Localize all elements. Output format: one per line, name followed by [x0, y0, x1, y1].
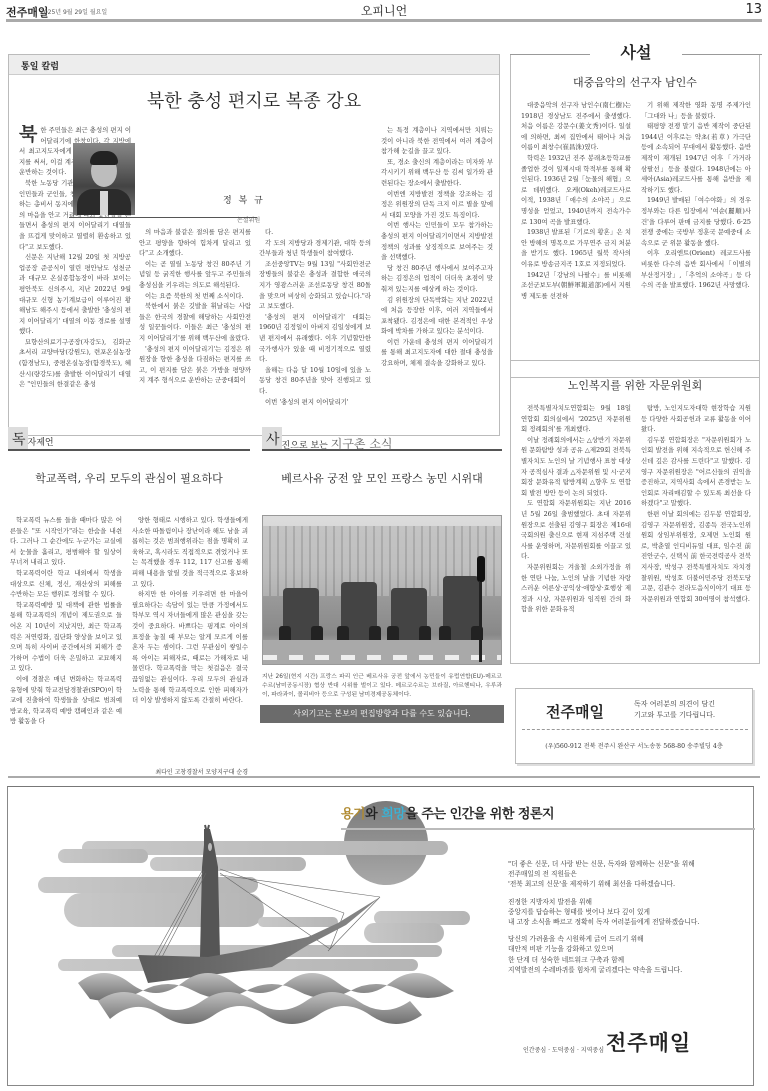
- slogan-underline: [341, 828, 755, 830]
- pledge-block: 진정한 지방자치 발전을 위해 중앙지를 답습하는 형태를 벗어나 보다 깊이 …: [508, 897, 699, 928]
- paragraph: 김 위원장의 단독박화는 지난 2022년에 처음 등장한 이후, 여러 지역들…: [381, 295, 493, 337]
- editorial-headline: 대중음악의 선구자 남인수: [511, 74, 759, 90]
- section-title: 오피니언: [6, 2, 762, 19]
- paragraph: 김두봉 연합회장은 "자문위원회가 노인회 발전을 위해 지속적으로 헌신해 주…: [641, 435, 751, 509]
- paragraph: 이런 가운데 충성의 편지 이어달리기를 통해 최고지도자에 대한 절대 충성을…: [381, 337, 493, 369]
- paragraph: 1949년 발매된「여수야화」의 경우 정부와는 다른 입장에서 '여순(麗順)…: [641, 195, 751, 248]
- pledge-line: '전북 최고의 신문'을 제작하기 위해 최선을 다하겠습니다.: [508, 879, 699, 889]
- reader-byline: 최다인 고창경찰서 모양지구대 순경: [155, 767, 248, 776]
- section-cap: 사: [262, 427, 282, 449]
- slogan-gold-word: 용기: [341, 807, 365, 822]
- paragraph: 북한에서 붉은 깃발을 휘날리는 사람들은 한국의 경찰에 해당하는 사회안전성…: [139, 301, 251, 343]
- reader-opinion: 독자제언 학교폭력, 우리 모두의 관심이 필요하다 학교폭력 뉴스를 들을 때…: [8, 427, 250, 779]
- pledge-line: 당신의 가려움을 속 시원하게 긁어 드리기 위해: [508, 934, 699, 944]
- photo-divider: [69, 217, 257, 218]
- paragraph: 전북특별자치도연합회는 9월 18일 연합회 회의실에서 '2025년 자문위원…: [521, 403, 631, 435]
- welfare-article: 노인복지를 위한 자문위원회 전북특별자치도연합회는 9월 18일 연합회 회의…: [510, 360, 760, 664]
- masthead: 전주매일 2025년 9월 29일 월요일 오피니언 13: [6, 0, 762, 22]
- slogan-cyan-word: 희망: [381, 807, 405, 822]
- editorial-text-col2: 기 위해 제작한 영화 동명 주제가인「그대와 나」등을 불렀다. 태평양 전쟁…: [641, 100, 751, 370]
- pledge-line: "더 좋은 신문, 더 사랑 받는 신문, 독자와 함께하는 신문"을 위해: [508, 859, 699, 869]
- column-text-col4: 는 특정 계층이나 지역에서만 치뤄는 것이 아니라 북한 전역에서 여러 계층…: [381, 125, 493, 430]
- message-line: 기고와 투고를 기다립니다.: [634, 710, 715, 721]
- page-number: 13: [745, 2, 762, 17]
- paragraph: '충성의 편지 이어달리기'는 김정은 위원장을 향한 충성을 다짐하는 편지를…: [139, 344, 251, 386]
- welfare-text-col1: 전북특별자치도연합회는 9월 18일 연합회 회의실에서 '2025년 자문위원…: [521, 403, 631, 659]
- dashed-divider: [522, 729, 748, 730]
- paragraph: 또, 경소 출신의 계층이라는 미자와 부각시키기 위해 백두산 등 김씨 일가…: [381, 157, 493, 189]
- paragraph: 탐방, 노인지도자대학 현장학습 지원 등 다양한 사회공헌과 교류 활동을 이…: [641, 403, 751, 435]
- photo-section-header: 사진으로 보는 지구촌 소식: [262, 427, 502, 451]
- photo-caption: 지난 26일(현지 시간) 프랑스 파리 인근 베르사유 궁전 앞에서 농민들이…: [262, 673, 502, 700]
- paragraph: 의 마음과 불같은 절의를 담은 편지를 안고 평양을 향하여 힘차게 달리고 …: [139, 227, 251, 259]
- section-small: 진으로 보는: [282, 441, 328, 451]
- paragraph: 기 위해 제작한 영화 동명 주제가인「그대와 나」등을 불렀다.: [641, 100, 751, 121]
- pledge-line: 대안적 비판 기능을 강화하고 있으며: [508, 944, 699, 954]
- paragraph: 학교폭력 뉴스를 들을 때마다 많은 어른들은 "또 시작인가"라는 한숨을 내…: [10, 515, 122, 568]
- paragraph: 태평양 전쟁 말기 음반 제작이 중단된 1944년 이후로는 약초(若草) 가…: [641, 121, 751, 195]
- paragraph: 묘향산의료기구공장(자강도), 김화군 초서리 교양마당(강원도), 련포온실농…: [19, 337, 131, 390]
- paragraph: 신문은 지난해 12월 20일 첫 지방공업공장 준공식이 열린 평안남도 성천…: [19, 252, 131, 337]
- paragraph: 자문위원회는 겨울철 소외가정을 위한 연탄 나눔, 노인의 날을 기념한 자랑…: [521, 562, 631, 615]
- editorial-title-row: 사설: [510, 46, 762, 62]
- paragraph: 하지만 한 아이를 키우려면 한 마을이 필요하다는 속담이 있는 만큼 가정에…: [132, 589, 248, 706]
- paragraph: 학교폭력예방 및 대책에 관한 법률을 통해 학교폭력의 개념이 제도권으로 들…: [10, 600, 122, 674]
- news-photo: [262, 515, 502, 665]
- paragraph: 이번 '충성의 편지 이어달리기': [259, 397, 371, 408]
- author-role: 논설위원: [237, 215, 260, 224]
- postal-address: (우)560-912 전북 전주시 완산구 서노송동 568-80 송주빌딩 4…: [516, 741, 752, 750]
- editorial: 사설 대중음악의 선구자 남인수 대중음악의 선구자 남인수(南仁樹)는 191…: [510, 54, 760, 378]
- author-photo: [73, 143, 135, 215]
- paragraph: 올해는 다음 달 10월 10일에 있을 노동당 창건 80주년을 맞아 진행되…: [259, 365, 371, 397]
- pledge-line: 지역발전의 수레바퀴를 힘차게 굴리겠다는 약속을 드립니다.: [508, 965, 699, 975]
- paragraph: '충성의 편지 이어달리기' 대회는 1960년 김정일이 아버지 김일성에게 …: [259, 312, 371, 365]
- unification-column: 통일 칼럼 북한 충성 편지로 복종 강요 북 한 주민들은 최근 충성의 편지…: [8, 54, 500, 436]
- paragraph: 학교폭력이란 학교 내외에서 학생을 대상으로 신체, 정신, 재산상의 피해를…: [10, 568, 122, 600]
- column-headline: 북한 충성 편지로 복종 강요: [9, 87, 499, 113]
- paragraph: 한편 이날 회의에는 김두봉 연합회장, 김영구 자문위원장, 김종득 전국노인…: [641, 509, 751, 604]
- paragraph: 당 창건 80주년 행사에서 보여주고자 하는 김정은의 업적이 더더욱 초점이…: [381, 263, 493, 295]
- photo-news: 사진으로 보는 지구촌 소식 베르사유 궁전 앞 모인 프랑스 농민 시위대 지…: [262, 427, 502, 727]
- pledge-line: 전주매일의 전 직원들은: [508, 869, 699, 879]
- dropcap: 북: [19, 125, 37, 143]
- paragraph: 이번 행사는 인민들이 모두 참가하는 충성의 편지 이어달리기이면서 지방발전…: [381, 220, 493, 262]
- submission-message: 독자 여러분의 의견이 담긴 기고와 투고를 기다립니다.: [634, 699, 715, 721]
- paragraph: 이는 요즘 북한의 첫 번째 소식이다.: [139, 291, 251, 302]
- paragraph: 양한 형태로 시행하고 있다. 학생들에게 사소한 따돌림이나 장난이라 해도 …: [132, 515, 248, 589]
- reader-headline: 학교폭력, 우리 모두의 관심이 필요하다: [8, 470, 250, 486]
- paragraph: 이후 오리엔트(Orient) 레코드사를 비롯한 다수의 음반 회사에서「이별…: [641, 248, 751, 290]
- reader-section-header: 독자제언: [8, 427, 250, 451]
- pen-ship-illustration: [8, 787, 488, 1087]
- pledge-block: 당신의 가려움을 속 시원하게 긁어 드리기 위해 대안적 비판 기능을 강화하…: [508, 934, 699, 975]
- pledge-line: 진정한 지방자치 발전을 위해: [508, 897, 699, 907]
- paragraph: 이날 정례회의에서는 △상반기 자문위원 문화탐방 성과 공유 △제29회 전북…: [521, 435, 631, 499]
- column-text-col3: 다. 각 도의 지방당과 경제기관, 대학 등의 간부들과 청년 학생들이 참여…: [259, 227, 371, 431]
- newspaper-advertisement: 용기와 희망을 주는 인간을 위한 정론지 "더 좋은 신문, 더 사랑 받는 …: [7, 786, 754, 1086]
- message-line: 독자 여러분의 의견이 담긴: [634, 699, 715, 710]
- paragraph: 대중음악의 선구자 남인수(南仁樹)는 1918년 경상남도 진주에서 출생했다…: [521, 100, 631, 153]
- ad-slogan: 용기와 희망을 주는 인간을 위한 정론지: [341, 803, 554, 822]
- paragraph: 도 연합회 자문위원회는 지난 2016년 5월 26일 출범했었다. 초대 자…: [521, 498, 631, 562]
- paragraph: 조선중앙TV는 9월 13일 "사회안전군 장병들의 불같은 충성과 결합한 애…: [259, 259, 371, 312]
- ad-motto: 인간중심 · 도덕중심 · 지역중심: [523, 1045, 604, 1054]
- pledge-line: 한 단계 더 성숙한 네트워크 구축과 함께: [508, 955, 699, 965]
- welfare-text-col2: 탐방, 노인지도자대학 현장학습 지원 등 다양한 사회공헌과 교류 활동을 이…: [641, 403, 751, 659]
- author-name: 정 복 규: [223, 193, 265, 206]
- paragraph: 학력은 1932년 진주 봉래초등학교를 졸업한 것이 일제시대 학적부를 통해…: [521, 153, 631, 227]
- pledge-block: "더 좋은 신문, 더 사랑 받는 신문, 독자와 함께하는 신문"을 위해 전…: [508, 859, 699, 890]
- slogan-text: 와: [365, 807, 381, 822]
- column-text-col2: 의 마음과 불같은 절의를 담은 편지를 안고 평양을 향하여 힘차게 달리고 …: [139, 227, 251, 431]
- photo-headline: 베르사유 궁전 앞 모인 프랑스 농민 시위대: [262, 470, 502, 486]
- paragraph: 각 도의 지방당과 경제기관, 대학 등의 간부들과 청년 학생들이 참여했다.: [259, 238, 371, 259]
- editorial-text-col1: 대중음악의 선구자 남인수(南仁樹)는 1918년 경상남도 진주에서 출생했다…: [521, 100, 631, 370]
- reader-text-col1: 학교폭력 뉴스를 들을 때마다 많은 어른들은 "또 시작인가"라는 한숨을 내…: [10, 515, 122, 763]
- submission-box: 전주매일 독자 여러분의 의견이 담긴 기고와 투고를 기다립니다. (우)56…: [515, 688, 753, 764]
- reader-text-col2: 양한 형태로 시행하고 있다. 학생들에게 사소한 따돌림이나 장난이라 해도 …: [132, 515, 248, 765]
- section-rest: 자제언: [28, 427, 54, 448]
- paragraph: 는 특정 계층이나 지역에서만 치뤄는 것이 아니라 북한 전역에서 여러 계층…: [381, 125, 493, 157]
- paragraph: 1942년「강남의 나팔수」를 비롯해 조선군보도부(朝鮮軍報道部)에서 지원병…: [521, 270, 631, 302]
- ad-pledge: "더 좋은 신문, 더 사랑 받는 신문, 독자와 함께하는 신문"을 위해 전…: [508, 859, 699, 982]
- section-divider: [8, 776, 760, 778]
- slogan-text: 을 주는 인간을 위한 정론지: [405, 807, 554, 822]
- section-cap: 독: [8, 427, 28, 449]
- paragraph: 이는 곧 열릴 노동당 창건 80주년 기념일 등 굵직한 행사를 앞두고 주민…: [139, 259, 251, 291]
- paragraph: 다.: [259, 227, 371, 238]
- ad-logo: 전주매일: [606, 1027, 691, 1057]
- disclaimer-banner: 사외기고는 본보의 편집방향과 다를 수도 있습니다.: [260, 705, 504, 723]
- pledge-line: 내 고장 소식을 빠르고 정확히 독자 여러분들에게 전달하겠습니다.: [508, 917, 699, 927]
- welfare-headline: 노인복지를 위한 자문위원회: [511, 377, 759, 393]
- pledge-line: 중앙지를 답습하는 형태를 벗어나 보다 깊이 있게: [508, 907, 699, 917]
- column-tab-label: 통일 칼럼: [9, 55, 499, 75]
- editorial-label: 사설: [510, 40, 762, 63]
- paragraph: 이에 경찰은 매년 변화하는 학교폭력 유형에 맞춰 학교전담경찰관(SPO)이…: [10, 674, 122, 727]
- paragraph: 이번엔 지방발전 정책을 강조하는 김정은 위원장의 단독 크지 이르 별을 앞…: [381, 189, 493, 221]
- section-grey: 지구촌 소식: [331, 437, 393, 451]
- submission-logo: 전주매일: [546, 701, 604, 722]
- paragraph: 1938년 발표된「기로의 황혼」은 치안 방해의 명목으로 가무연주 금지 처…: [521, 227, 631, 269]
